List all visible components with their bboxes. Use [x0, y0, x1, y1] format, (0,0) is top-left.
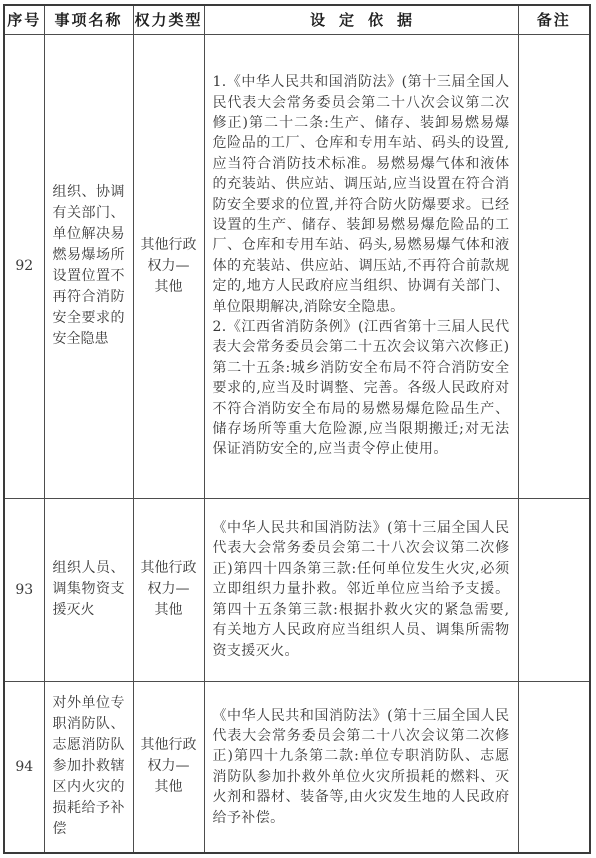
col-header-remark: 备注 [518, 5, 590, 34]
col-header-item-name: 事项名称 [44, 5, 133, 34]
document-page: 序号 事项名称 权力类型 设定依据 备注 92组织、协调有关部门、单位解决易燃易… [0, 0, 596, 858]
power-list-table: 序号 事项名称 权力类型 设定依据 备注 92组织、协调有关部门、单位解决易燃易… [3, 4, 591, 854]
table-row: 94对外单位专职消防队、志愿消防队参加扑救辖区内火灾的损耗给予补偿其他行政 权力… [4, 681, 590, 853]
basis-cell: 《中华人民共和国消防法》(第十三届全国人民代表大会常务委员会第二十八次会议第二次… [204, 498, 518, 681]
table-body: 92组织、协调有关部门、单位解决易燃易爆场所设置位置不再符合消防安全要求的安全隐… [4, 34, 590, 853]
header-row: 序号 事项名称 权力类型 设定依据 备注 [4, 5, 590, 34]
item-name-cell: 对外单位专职消防队、志愿消防队参加扑救辖区内火灾的损耗给予补偿 [44, 681, 133, 853]
remark-cell [518, 34, 590, 498]
power-type-cell: 其他行政 权力— 其他 [133, 498, 204, 681]
table-row: 92组织、协调有关部门、单位解决易燃易爆场所设置位置不再符合消防安全要求的安全隐… [4, 34, 590, 498]
col-header-power-type: 权力类型 [133, 5, 204, 34]
basis-cell: 《中华人民共和国消防法》(第十三届全国人民代表大会常务委员会第二十八次会议第二次… [204, 681, 518, 853]
table-row: 93组织人员、调集物资支援灭火其他行政 权力— 其他《中华人民共和国消防法》(第… [4, 498, 590, 681]
col-header-basis: 设定依据 [204, 5, 518, 34]
remark-cell [518, 498, 590, 681]
remark-cell [518, 681, 590, 853]
col-header-serial: 序号 [4, 5, 44, 34]
serial-cell: 94 [4, 681, 44, 853]
basis-cell: 1.《中华人民共和国消防法》(第十三届全国人民代表大会常务委员会第二十八次会议第… [204, 34, 518, 498]
power-type-cell: 其他行政 权力— 其他 [133, 681, 204, 853]
item-name-cell: 组织人员、调集物资支援灭火 [44, 498, 133, 681]
serial-cell: 92 [4, 34, 44, 498]
power-type-cell: 其他行政 权力— 其他 [133, 34, 204, 498]
serial-cell: 93 [4, 498, 44, 681]
item-name-cell: 组织、协调有关部门、单位解决易燃易爆场所设置位置不再符合消防安全要求的安全隐患 [44, 34, 133, 498]
